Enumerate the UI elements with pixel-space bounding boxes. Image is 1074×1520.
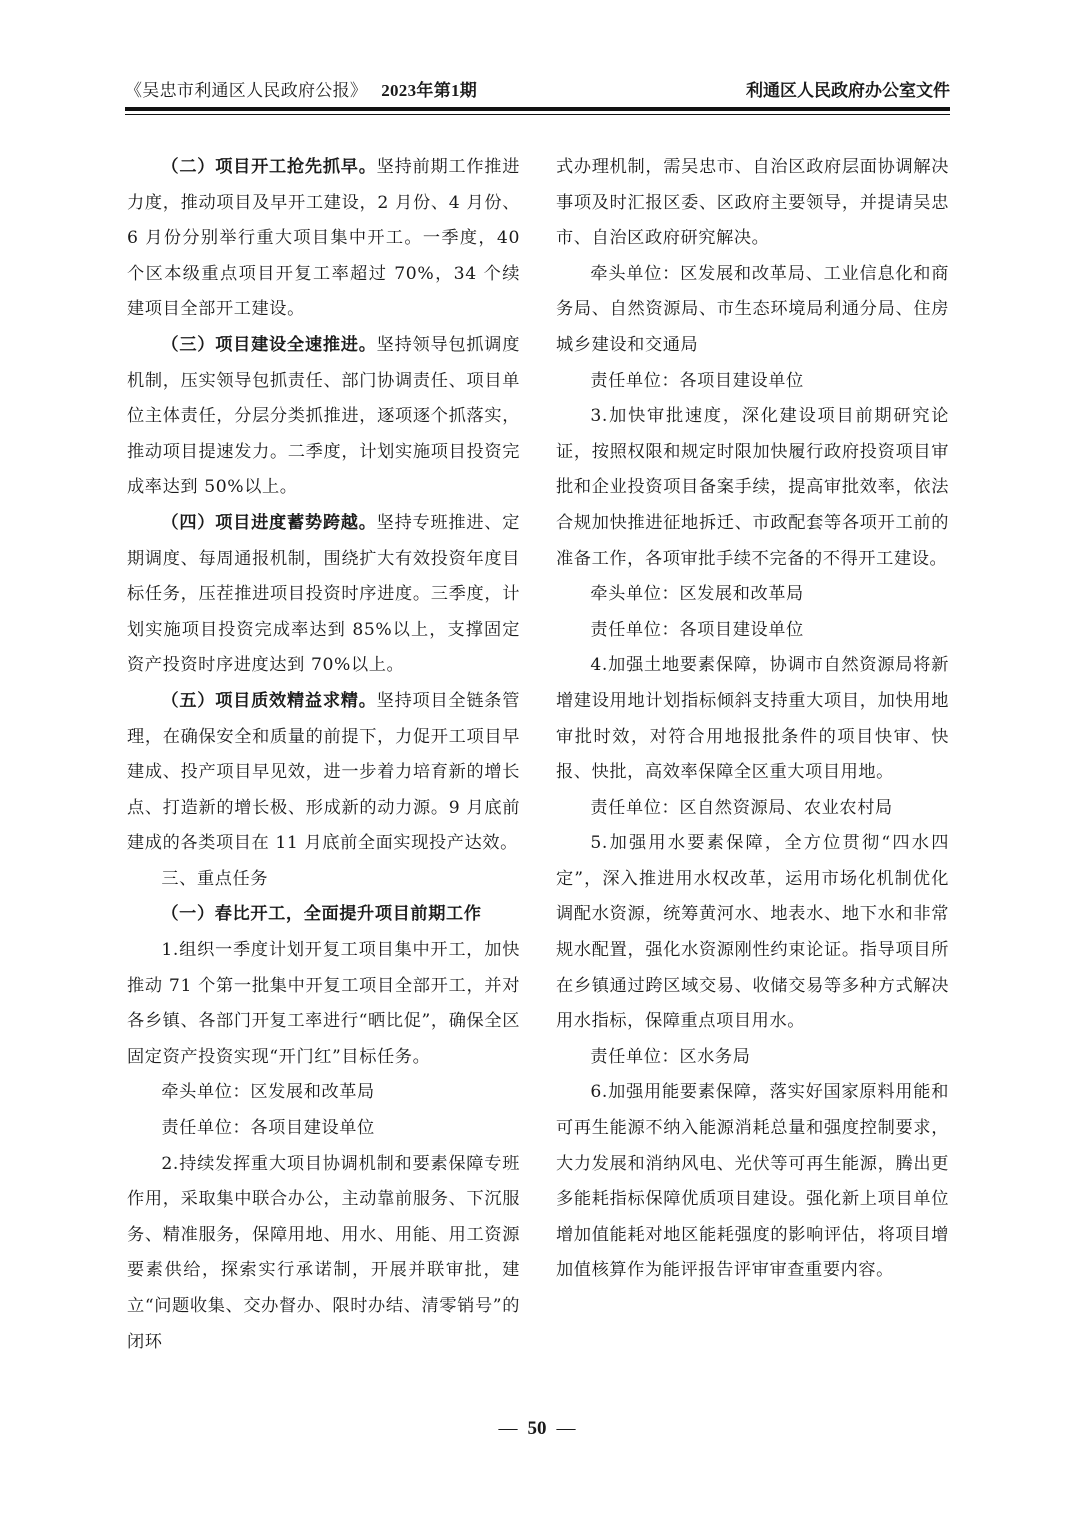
header-rule-thick <box>125 107 950 111</box>
responsible-unit: 责任单位：各项目建设单位 <box>127 1111 520 1147</box>
lead-unit: 牵头单位：区发展和改革局 <box>127 1075 520 1111</box>
issue-number: 2023年第1期 <box>381 81 477 100</box>
task-item: 2.持续发挥重大项目协调机制和要素保障专班作用，采取集中联合办公，主动靠前服务、… <box>127 1147 520 1361</box>
dash-left: — <box>499 1418 518 1439</box>
responsible-unit: 责任单位：各项目建设单位 <box>556 613 949 649</box>
paragraph: （五）项目质效精益求精。坚持项目全链条管理，在确保安全和质量的前提下，力促开工项… <box>127 684 520 862</box>
paragraph: （三）项目建设全速推进。坚持领导包抓调度机制，压实领导包抓责任、部门协调责任、项… <box>127 328 520 506</box>
task-item: 6.加强用能要素保障，落实好国家原料用能和可再生能源不纳入能源消耗总量和强度控制… <box>556 1075 949 1289</box>
page-number-value: 50 <box>528 1418 547 1439</box>
task-item: 3.加快审批速度，深化建设项目前期研究论证，按照权限和规定时限加快履行政府投资项… <box>556 399 949 577</box>
dash-right: — <box>557 1418 576 1439</box>
task-item-continued: 式办理机制，需吴忠市、自治区政府层面协调解决事项及时汇报区委、区政府主要领导，并… <box>556 150 949 257</box>
paragraph-lead: （四）项目进度蓄势跨越。 <box>161 513 376 533</box>
lead-unit: 牵头单位：区发展和改革局 <box>556 577 949 613</box>
task-item: 1.组织一季度计划开复工项目集中开工，加快推动 71 个第一批集中开复工项目全部… <box>127 933 520 1075</box>
paragraph-text: 坚持项目全链条管理，在确保安全和质量的前提下，力促开工项目早建成、投产项目早见效… <box>127 691 520 853</box>
section-heading: 三、重点任务 <box>127 862 520 898</box>
task-item: 4.加强土地要素保障，协调市自然资源局将新增建设用地计划指标倾斜支持重大项目，加… <box>556 648 949 790</box>
paragraph-text: 坚持领导包抓调度机制，压实领导包抓责任、部门协调责任、项目单位主体责任，分层分类… <box>127 335 520 497</box>
running-header: 《吴忠市利通区人民政府公报》2023年第1期 利通区人民政府办公室文件 <box>125 76 950 102</box>
paragraph-lead: （二）项目开工抢先抓早。 <box>161 157 376 177</box>
paragraph-text: 坚持前期工作推进力度，推动项目及早开工建设，2 月份、4 月份、6 月份分别举行… <box>127 157 520 319</box>
paragraph: （二）项目开工抢先抓早。坚持前期工作推进力度，推动项目及早开工建设，2 月份、4… <box>127 150 520 328</box>
page-number: —50— <box>0 1418 1074 1440</box>
responsible-unit: 责任单位：区自然资源局、农业农村局 <box>556 791 949 827</box>
paragraph: （四）项目进度蓄势跨越。坚持专班推进、定期调度、每周通报机制，围绕扩大有效投资年… <box>127 506 520 684</box>
responsible-unit: 责任单位：区水务局 <box>556 1040 949 1076</box>
responsible-unit: 责任单位：各项目建设单位 <box>556 364 949 400</box>
sub-heading: （一）春比开工，全面提升项目前期工作 <box>127 897 520 933</box>
paragraph-lead: （五）项目质效精益求精。 <box>161 691 376 711</box>
journal-title: 《吴忠市利通区人民政府公报》2023年第1期 <box>125 76 477 101</box>
section-title: 利通区人民政府办公室文件 <box>746 76 950 101</box>
journal-name: 《吴忠市利通区人民政府公报》 <box>125 81 367 100</box>
paragraph-text: 坚持专班推进、定期调度、每周通报机制，围绕扩大有效投资年度目标任务，压茬推进项目… <box>127 513 520 675</box>
paragraph-lead: （三）项目建设全速推进。 <box>161 335 376 355</box>
header-rule-thin <box>125 114 950 115</box>
lead-unit: 牵头单位：区发展和改革局、工业信息化和商务局、自然资源局、市生态环境局利通分局、… <box>556 257 949 364</box>
left-column: （二）项目开工抢先抓早。坚持前期工作推进力度，推动项目及早开工建设，2 月份、4… <box>127 150 520 1360</box>
right-column: 式办理机制，需吴忠市、自治区政府层面协调解决事项及时汇报区委、区政府主要领导，并… <box>556 150 949 1289</box>
task-item: 5.加强用水要素保障，全方位贯彻“四水四定”，深入推进用水权改革，运用市场化机制… <box>556 826 949 1040</box>
